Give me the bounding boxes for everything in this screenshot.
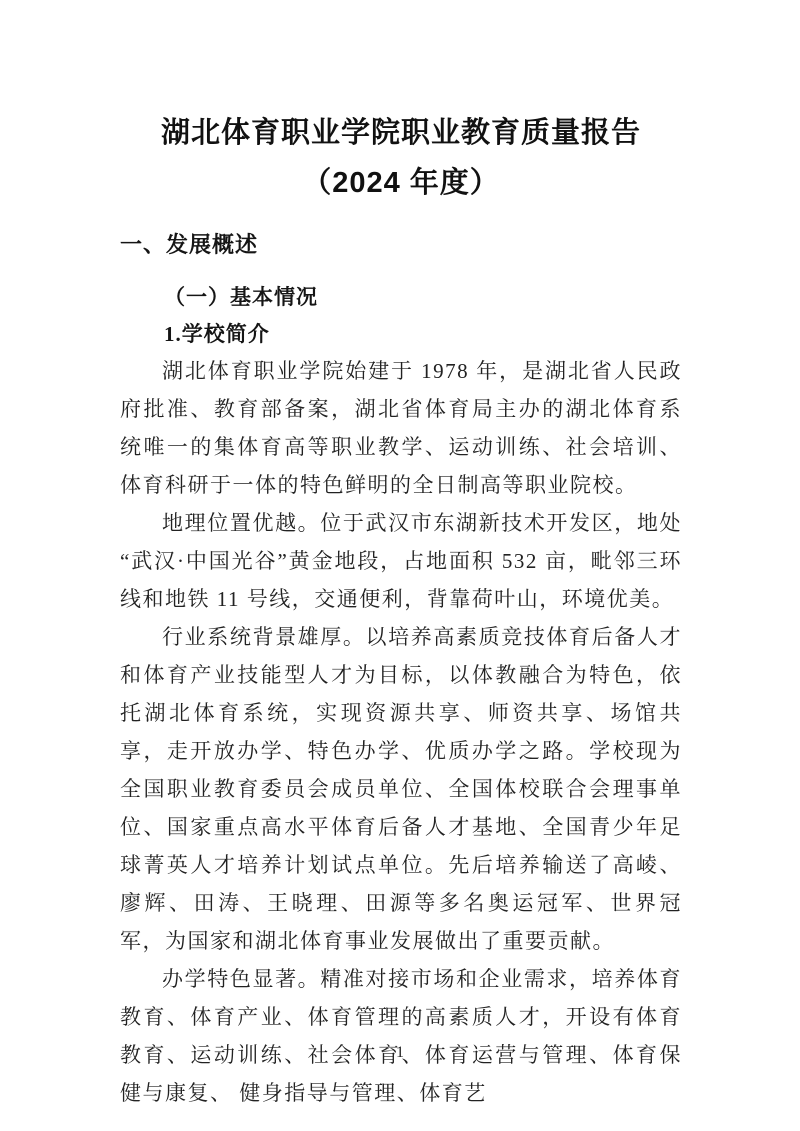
page-number: 1 <box>0 1044 800 1062</box>
paragraph-industry-background: 行业系统背景雄厚。以培养高素质竞技体育后备人才和体育产业技能型人才为目标，以体教… <box>120 618 682 960</box>
document-title-line2: （2024 年度） <box>120 158 682 208</box>
paragraph-school-features: 办学特色显著。精准对接市场和企业需求，培养体育教育、体育产业、体育管理的高素质人… <box>120 960 682 1112</box>
paragraph-location: 地理位置优越。位于武汉市东湖新技术开发区，地处“武汉·中国光谷”黄金地段，占地面… <box>120 504 682 618</box>
subsection-heading: （一）基本情况 <box>164 282 682 312</box>
document-page: 湖北体育职业学院职业教育质量报告 （2024 年度） 一、发展概述 （一）基本情… <box>0 0 800 1131</box>
document-title: 湖北体育职业学院职业教育质量报告 （2024 年度） <box>120 108 682 208</box>
subsubsection-heading: 1.学校简介 <box>164 319 682 349</box>
section-heading: 一、发展概述 <box>120 230 682 260</box>
document-body: 湖北体育职业学院始建于 1978 年，是湖北省人民政府批准、教育部备案，湖北省体… <box>120 352 682 1112</box>
paragraph-school-intro: 湖北体育职业学院始建于 1978 年，是湖北省人民政府批准、教育部备案，湖北省体… <box>120 352 682 504</box>
document-title-line1: 湖北体育职业学院职业教育质量报告 <box>120 108 682 158</box>
